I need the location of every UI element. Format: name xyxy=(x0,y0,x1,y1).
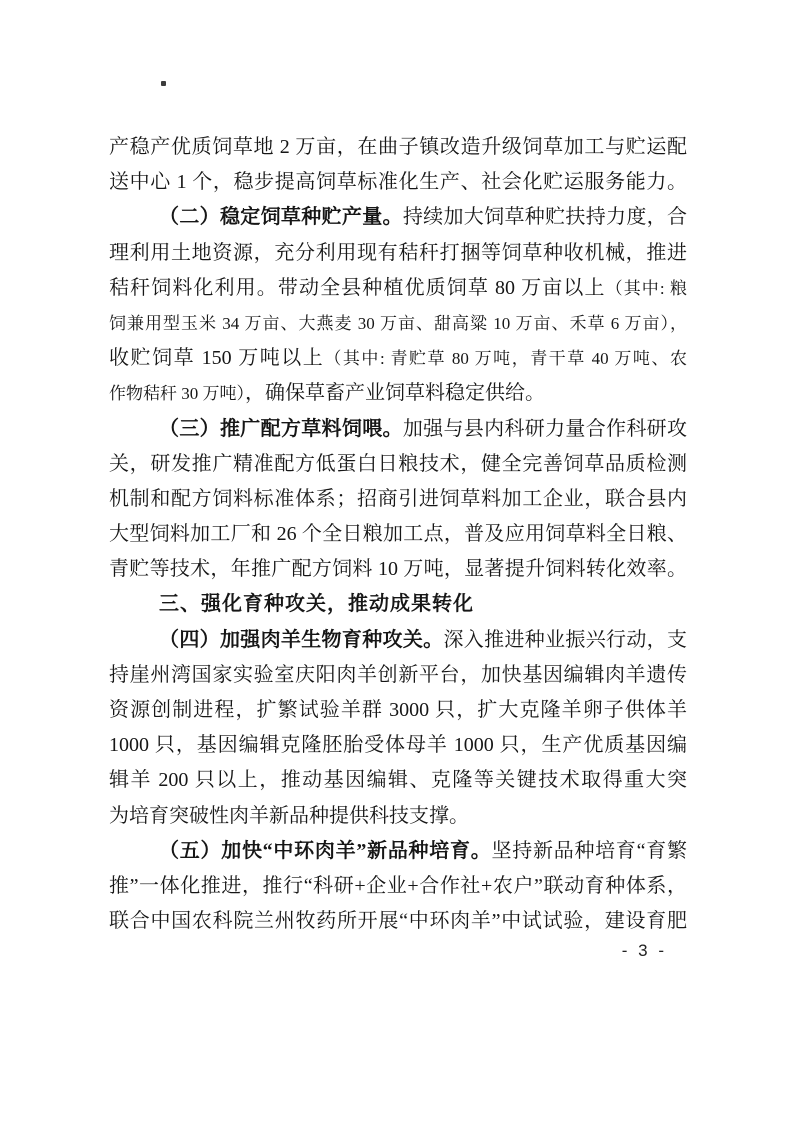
text-line: 秸秆饲料化利用。带动全县种植优质饲草 80 万亩以上（其中: 粮 xyxy=(109,271,687,306)
text-line: 送中心 1 个，稳步提高饲草标准化生产、社会化贮运服务能力。 xyxy=(109,165,687,200)
text-run: 关，研发推广精准配方低蛋白日粮技术，健全完善饲草品质检测 xyxy=(109,453,687,475)
paragraph-label: （三）推广配方草料饲喂。 xyxy=(159,418,403,440)
text-line: 作物秸秆 30 万吨），确保草畜产业饲草料稳定供给。 xyxy=(109,376,687,411)
text-run: 持续加大饲草种贮扶持力度，合 xyxy=(403,206,687,228)
text-run: 大型饲料加工厂和 26 个全日粮加工点，普及应用饲草料全日粮、 xyxy=(109,523,687,545)
text-line: （五）加快“中环肉羊”新品种培育。坚持新品种培育“育繁 xyxy=(109,834,687,869)
text-line: 持崖州湾国家实验室庆阳肉羊创新平台，加快基因编辑肉羊遗传 xyxy=(109,658,687,693)
text-run: 青贮等技术，年推广配方饲料 10 万吨，显著提升饲料转化效率。 xyxy=(109,558,687,580)
text-run: 加强与县内科研力量合作科研攻 xyxy=(403,418,687,440)
text-run: 资源创制进程，扩繁试验羊群 3000 只，扩大克隆羊卵子供体羊 xyxy=(109,699,687,721)
text-run: 收贮饲草 150 万吨以上 xyxy=(109,347,324,369)
text-line: 大型饲料加工厂和 26 个全日粮加工点，普及应用饲草料全日粮、 xyxy=(109,517,687,552)
text-run: 深入推进种业振兴行动，支 xyxy=(443,629,687,651)
text-line: 产稳产优质饲草地 2 万亩，在曲子镇改造升级饲草加工与贮运配 xyxy=(109,130,687,165)
text-line: 饲兼用型玉米 34 万亩、大燕麦 30 万亩、甜高粱 10 万亩、禾草 6 万亩… xyxy=(109,306,687,341)
text-run: 送中心 1 个，稳步提高饲草标准化生产、社会化贮运服务能力。 xyxy=(109,171,687,193)
note-text: （其中: 粮 xyxy=(606,279,687,298)
text-run: 1000 只，基因编辑克隆胚胎受体母羊 1000 只，生产优质基因编 xyxy=(109,734,687,756)
text-block: 产稳产优质饲草地 2 万亩，在曲子镇改造升级饲草加工与贮运配送中心 1 个，稳步… xyxy=(109,130,687,939)
text-run: 产稳产优质饲草地 2 万亩，在曲子镇改造升级饲草加工与贮运配 xyxy=(109,136,687,158)
text-run: 机制和配方饲料标准体系；招商引进饲草料加工企业，联合县内 xyxy=(109,488,687,510)
text-line: 机制和配方饲料标准体系；招商引进饲草料加工企业，联合县内 xyxy=(109,482,687,517)
text-run: 持崖州湾国家实验室庆阳肉羊创新平台，加快基因编辑肉羊遗传 xyxy=(109,664,687,686)
section-heading: 三、强化育种攻关，推动成果转化 xyxy=(159,593,474,615)
text-line: （四）加强肉羊生物育种攻关。深入推进种业振兴行动，支 xyxy=(109,623,687,658)
note-text: 饲兼用型玉米 34 万亩、大燕麦 30 万亩、甜高粱 10 万亩、禾草 6 万亩… xyxy=(109,314,687,333)
text-line: 青贮等技术，年推广配方饲料 10 万吨，显著提升饲料转化效率。 xyxy=(109,552,687,587)
text-run: 秸秆饲料化利用。带动全县种植优质饲草 80 万亩以上 xyxy=(109,277,606,299)
text-run: ，确保草畜产业饲草料稳定供给。 xyxy=(245,382,545,404)
text-line: （三）推广配方草料饲喂。加强与县内科研力量合作科研攻 xyxy=(109,412,687,447)
text-line: 推”一体化推进，推行“科研+企业+合作社+农户”联动育种体系， xyxy=(109,869,687,904)
text-line: 1000 只，基因编辑克隆胚胎受体母羊 1000 只，生产优质基因编 xyxy=(109,728,687,763)
text-run: 辑羊 200 只以上，推动基因编辑、克隆等关键技术取得重大突破， xyxy=(109,769,687,798)
text-line: 资源创制进程，扩繁试验羊群 3000 只，扩大克隆羊卵子供体羊 xyxy=(109,693,687,728)
text-run: 坚持新品种培育“育繁 xyxy=(492,840,688,862)
text-run: 推”一体化推进，推行“科研+企业+合作社+农户”联动育种体系， xyxy=(109,875,687,897)
paragraph-label: （四）加强肉羊生物育种攻关。 xyxy=(159,629,443,651)
text-line: 三、强化育种攻关，推动成果转化 xyxy=(109,587,687,622)
paragraph-label: （二）稳定饲草种贮产量。 xyxy=(159,206,403,228)
text-run: 理利用土地资源，充分利用现有秸秆打捆等饲草种收机械，推进 xyxy=(109,242,687,264)
text-line: 联合中国农科院兰州牧药所开展“中环肉羊”中试试验，建设育肥 xyxy=(109,904,687,939)
paragraph-label: （五）加快“中环肉羊”新品种培育。 xyxy=(159,840,492,862)
text-line: 理利用土地资源，充分利用现有秸秆打捆等饲草种收机械，推进 xyxy=(109,236,687,271)
note-text: （其中: 青贮草 80 万吨，青干草 40 万吨、农 xyxy=(324,349,687,368)
text-line: 收贮饲草 150 万吨以上（其中: 青贮草 80 万吨，青干草 40 万吨、农 xyxy=(109,341,687,376)
ink-speck xyxy=(161,81,166,86)
text-run: 为培育突破性肉羊新品种提供科技支撑。 xyxy=(109,805,469,827)
note-text: 作物秸秆 30 万吨） xyxy=(109,384,245,403)
scanned-document-page: 产稳产优质饲草地 2 万亩，在曲子镇改造升级饲草加工与贮运配送中心 1 个，稳步… xyxy=(0,0,793,1122)
page-number: - 3 - xyxy=(0,941,793,961)
text-line: 辑羊 200 只以上，推动基因编辑、克隆等关键技术取得重大突破， xyxy=(109,763,687,798)
text-line: （二）稳定饲草种贮产量。持续加大饲草种贮扶持力度，合 xyxy=(109,200,687,235)
text-run: 联合中国农科院兰州牧药所开展“中环肉羊”中试试验，建设育肥 xyxy=(109,910,687,932)
text-line: 为培育突破性肉羊新品种提供科技支撑。 xyxy=(109,799,687,834)
text-line: 关，研发推广精准配方低蛋白日粮技术，健全完善饲草品质检测 xyxy=(109,447,687,482)
